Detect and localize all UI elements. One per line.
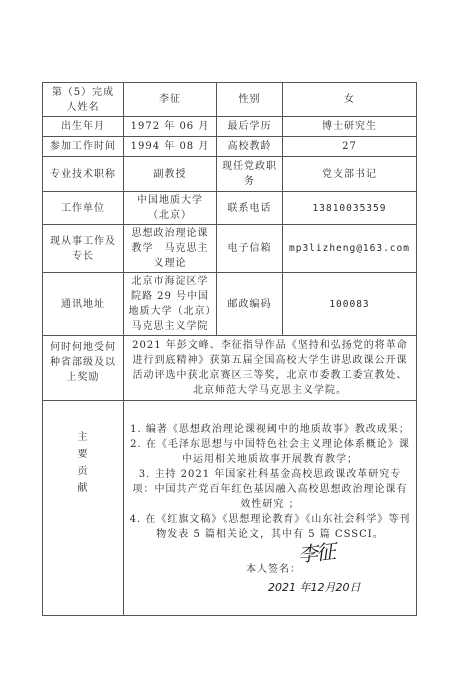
label-name: 第（5）完成人姓名 — [43, 83, 124, 117]
row-work-start: 参加工作时间 1994 年 08 月 高校教龄 27 — [43, 137, 417, 157]
value-gender: 女 — [283, 83, 417, 117]
label-birth: 出生年月 — [43, 117, 124, 137]
row-awards: 何时何地受何种省部级及以上奖励 2021 年彭文峰、李征指导作品《坚持和弘扬党的… — [43, 336, 417, 401]
personal-info-form: 第（5）完成人姓名 李征 性别 女 出生年月 1972 年 06 月 最后学历 … — [42, 82, 417, 616]
label-phone: 联系电话 — [217, 192, 283, 225]
value-name: 李征 — [124, 83, 217, 117]
label-employer: 工作单位 — [43, 192, 124, 225]
contribution-item: 1. 编著《思想政治理论课视阈中的地质故事》教改成果； — [128, 422, 412, 437]
row-contributions: 主 要 贡 献 1. 编著《思想政治理论课视阈中的地质故事》教改成果； 2. 在… — [43, 401, 417, 616]
row-employer: 工作单位 中国地质大学（北京） 联系电话 13810035359 — [43, 192, 417, 225]
value-awards: 2021 年彭文峰、李征指导作品《坚持和弘扬党的将革命进行到底精神》获第五届全国… — [124, 336, 417, 401]
value-birth: 1972 年 06 月 — [124, 117, 217, 137]
value-address: 北京市海淀区学院路 29 号中国地质大学（北京）马克思主义学院 — [124, 273, 217, 336]
label-awards: 何时何地受何种省部级及以上奖励 — [43, 336, 124, 401]
label-email: 电子信箱 — [217, 225, 283, 273]
label-teaching-years: 高校教龄 — [217, 137, 283, 157]
signature-date: 2021 年12月20日 — [268, 580, 361, 595]
value-employer: 中国地质大学（北京） — [124, 192, 217, 225]
label-contributions: 主 要 贡 献 — [43, 401, 124, 616]
signature-label: 本人签名： — [246, 562, 301, 577]
row-title: 专业技术职称 副教授 现任党政职务 党支部书记 — [43, 157, 417, 192]
label-specialty: 现从事工作及专长 — [43, 225, 124, 273]
row-address: 通讯地址 北京市海淀区学院路 29 号中国地质大学（北京）马克思主义学院 邮政编… — [43, 273, 417, 336]
value-education: 博士研究生 — [283, 117, 417, 137]
handwritten-signature: 李征 — [297, 544, 334, 563]
label-education: 最后学历 — [217, 117, 283, 137]
value-phone: 13810035359 — [283, 192, 417, 225]
label-address: 通讯地址 — [43, 273, 124, 336]
contribution-item: 4. 在《红旗文稿》《思想理论教育》《山东社会科学》等刊物发表 5 篇相关论文，… — [128, 512, 412, 542]
label-work-start: 参加工作时间 — [43, 137, 124, 157]
label-position: 现任党政职务 — [217, 157, 283, 192]
signature-block: 本人签名： 李征 2021 年12月20日 — [128, 542, 412, 604]
label-title: 专业技术职称 — [43, 157, 124, 192]
value-position: 党支部书记 — [283, 157, 417, 192]
value-title: 副教授 — [124, 157, 217, 192]
label-postcode: 邮政编码 — [217, 273, 283, 336]
value-work-start: 1994 年 08 月 — [124, 137, 217, 157]
contribution-item: 3. 主持 2021 年国家社科基金高校思政课改革研究专项：中国共产党百年红色基… — [128, 467, 412, 512]
value-specialty: 思想政治理论课教学 马克思主义理论 — [124, 225, 217, 273]
value-postcode: 100083 — [283, 273, 417, 336]
row-name: 第（5）完成人姓名 李征 性别 女 — [43, 83, 417, 117]
row-birth: 出生年月 1972 年 06 月 最后学历 博士研究生 — [43, 117, 417, 137]
value-teaching-years: 27 — [283, 137, 417, 157]
contribution-item: 2. 在《毛泽东思想与中国特色社会主义理论体系概论》课中运用相关地质故事开展教育… — [128, 437, 412, 467]
row-specialty: 现从事工作及专长 思想政治理论课教学 马克思主义理论 电子信箱 mp3lizhe… — [43, 225, 417, 273]
label-gender: 性别 — [217, 83, 283, 117]
value-email: mp3lizheng@163.com — [283, 225, 417, 273]
value-contributions: 1. 编著《思想政治理论课视阈中的地质故事》教改成果； 2. 在《毛泽东思想与中… — [124, 401, 417, 616]
